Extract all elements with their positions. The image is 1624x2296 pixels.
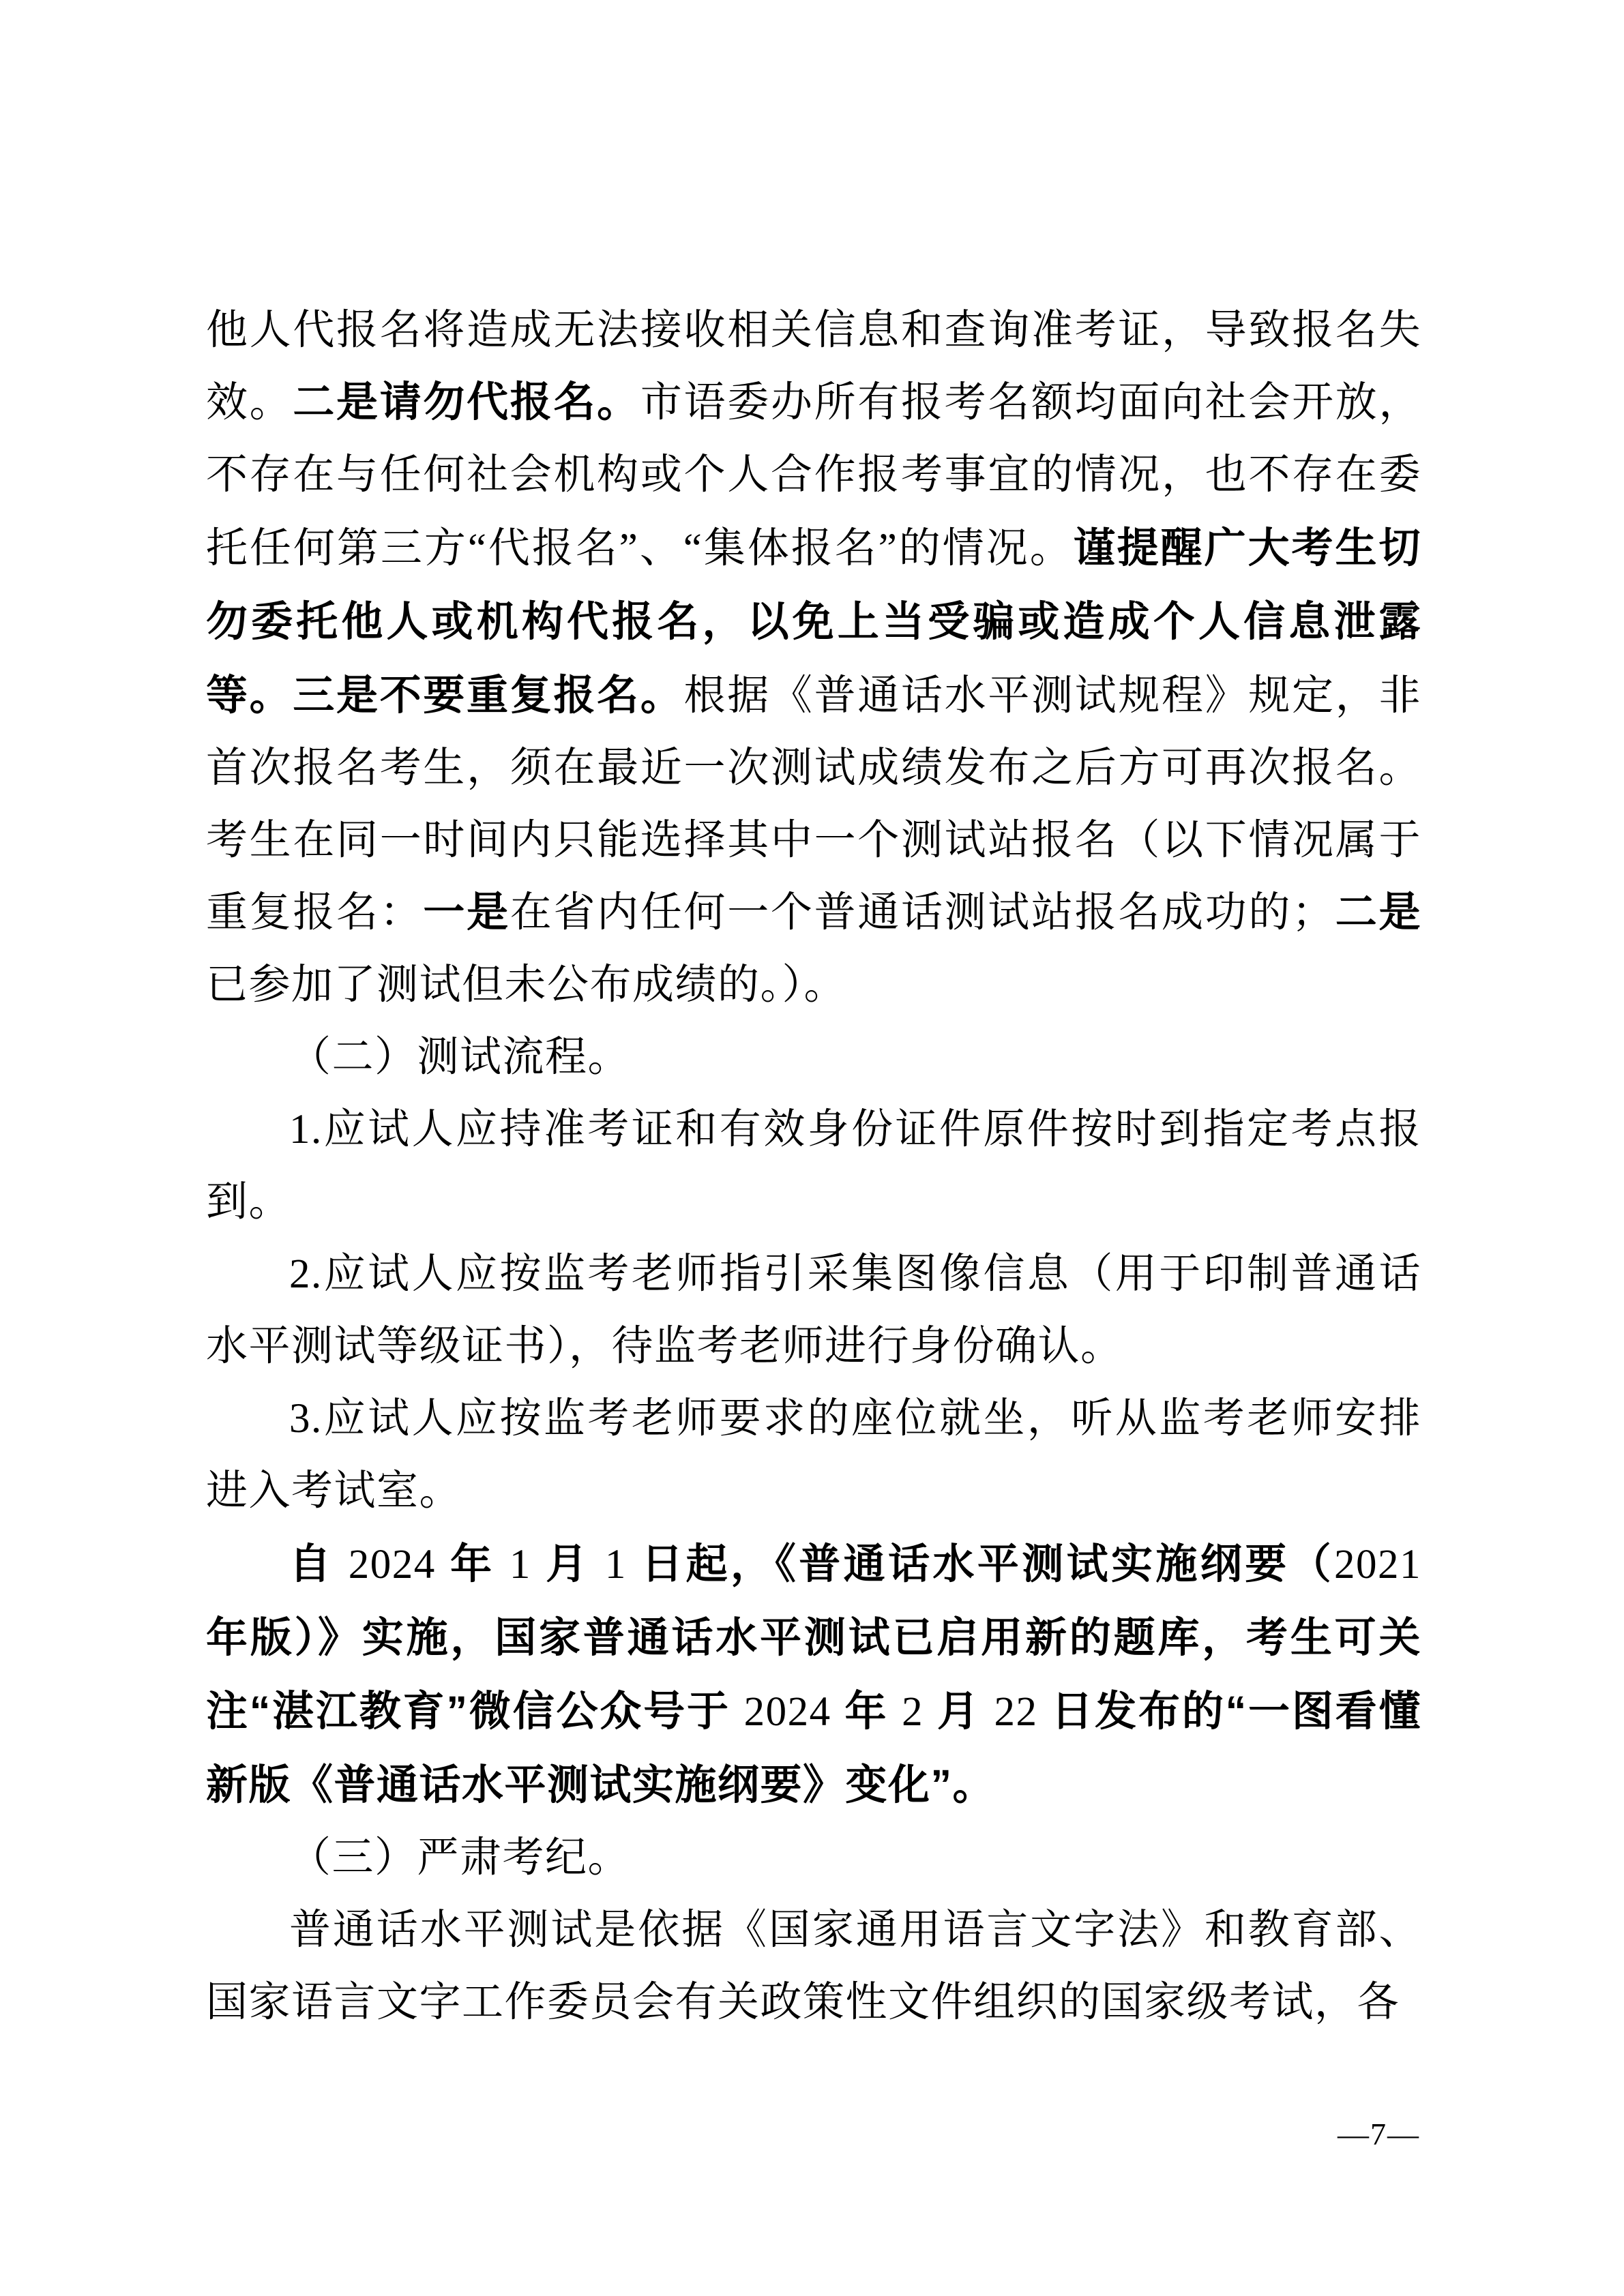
page-number: —7— xyxy=(1338,2114,1420,2155)
text-run: （三）严肃考纪。 xyxy=(289,1835,630,1881)
text-run-bold: 二是请勿代报名。 xyxy=(293,380,640,426)
text-run-bold: 年 xyxy=(436,1540,510,1587)
text-run-bold: 日起，《普通话水平测试实施纲要（ xyxy=(627,1540,1334,1587)
paragraph-new-syllabus-notice: 自 2024 年 1 月 1 日起，《普通话水平测试实施纲要（2021 年版）》… xyxy=(206,1527,1421,1822)
heading-exam-discipline: （三）严肃考纪。 xyxy=(206,1822,1421,1894)
text-run-number: 2024 xyxy=(349,1542,436,1587)
text-run-bold: 一是 xyxy=(423,890,510,936)
heading-test-process: （二）测试流程。 xyxy=(206,1022,1421,1094)
document-body: 他人代报名将造成无法接收相关信息和查询准考证，导致报名失效。二是请勿代报名。市语… xyxy=(206,295,1421,2039)
text-run: 2.应试人应按监考老师指引采集图像信息（用于印制普通话水平测试等级证书），待监考… xyxy=(206,1251,1421,1369)
text-run-number: 1 xyxy=(510,1542,531,1587)
text-run-bold: 三是不要重复报名。 xyxy=(293,673,683,719)
text-run-bold: 自 xyxy=(289,1540,349,1587)
text-run-number: 22 xyxy=(994,1689,1038,1735)
text-run-bold: 月 xyxy=(924,1688,994,1734)
paragraph-step-2: 2.应试人应按监考老师指引采集图像信息（用于印制普通话水平测试等级证书），待监考… xyxy=(206,1238,1421,1383)
paragraph-agent-registration-warning: 他人代报名将造成无法接收相关信息和查询准考证，导致报名失效。二是请勿代报名。市语… xyxy=(206,295,1421,1022)
paragraph-step-3: 3.应试人应按监考老师要求的座位就坐，听从监考老师安排进入考试室。 xyxy=(206,1383,1421,1527)
text-run: 普通话水平测试是依据《国家通用语言文字法》和教育部、国家语言文字工作委员会有关政… xyxy=(206,1907,1421,2025)
text-run: （二）测试流程。 xyxy=(289,1034,630,1080)
document-page: 他人代报名将造成无法接收相关信息和查询准考证，导致报名失效。二是请勿代报名。市语… xyxy=(0,0,1624,2296)
text-run-bold: 月 xyxy=(531,1540,605,1587)
text-run: 已参加了测试但未公布成绩的。）。 xyxy=(206,962,846,1008)
text-run-bold: 年 xyxy=(831,1688,902,1734)
text-run-bold: 二是 xyxy=(1335,890,1421,936)
text-run: 3.应试人应按监考老师要求的座位就坐，听从监考老师安排进入考试室。 xyxy=(206,1396,1421,1514)
text-run: 在省内任何一个普通话测试站报名成功的； xyxy=(510,890,1335,936)
paragraph-test-basis: 普通话水平测试是依据《国家通用语言文字法》和教育部、国家语言文字工作委员会有关政… xyxy=(206,1894,1421,2039)
text-run: 1.应试人应持准考证和有效身份证件原件按时到指定考点报到。 xyxy=(206,1107,1421,1225)
text-run-number: 1 xyxy=(605,1542,627,1587)
text-run-number: 2021 xyxy=(1334,1542,1421,1587)
text-run-number: 2 xyxy=(902,1689,924,1735)
paragraph-step-1: 1.应试人应持准考证和有效身份证件原件按时到指定考点报到。 xyxy=(206,1094,1421,1238)
text-run-number: 2024 xyxy=(744,1689,831,1735)
